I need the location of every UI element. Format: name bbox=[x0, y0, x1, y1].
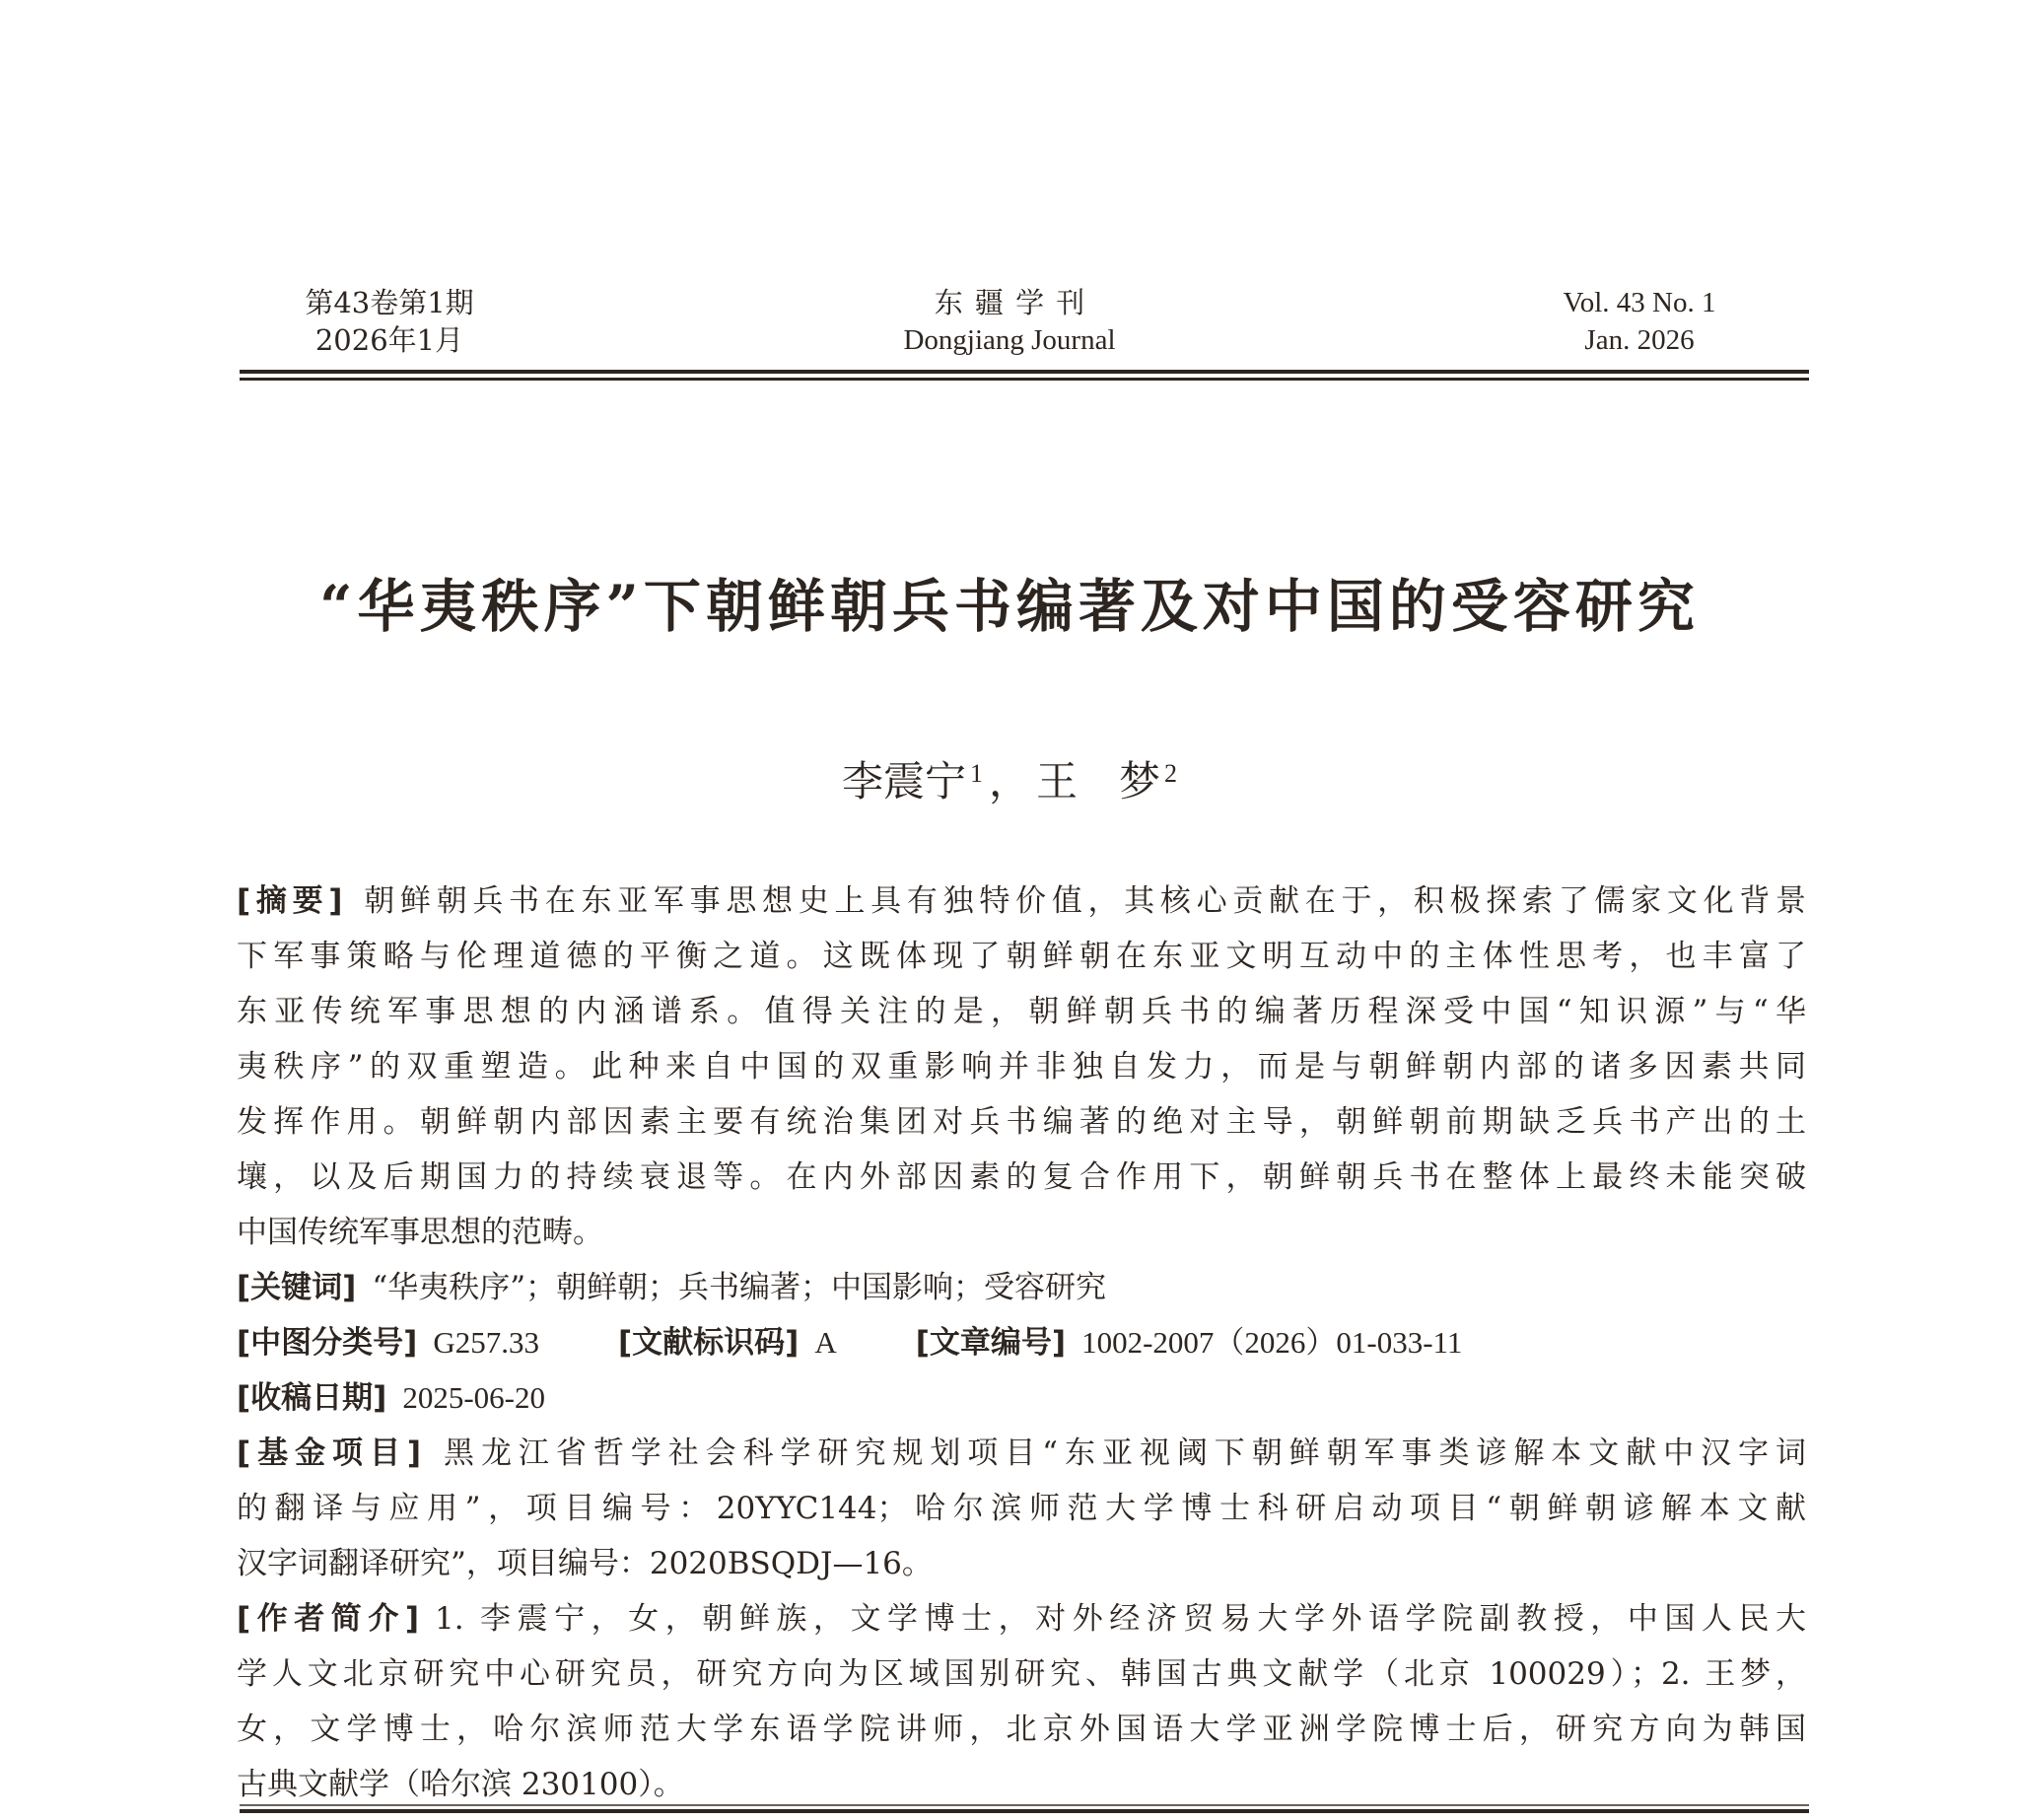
footer-double-rule bbox=[240, 1804, 1809, 1813]
header-journal-name-block: 东疆学刊 Dongjiang Journal bbox=[714, 284, 1305, 359]
journal-page: 第43卷第1期 2026年1月 东疆学刊 Dongjiang Journal V… bbox=[0, 0, 2019, 1820]
author-line: 李震宁1，王 梦2 bbox=[0, 749, 2019, 808]
journal-name-cn: 东疆学刊 bbox=[714, 284, 1317, 321]
abstract-label: [摘要] bbox=[237, 883, 342, 919]
author-bio-label: [作者简介] bbox=[237, 1601, 419, 1637]
author-separator: ， bbox=[989, 757, 1030, 805]
keywords-line: [关键词]“华夷秩序”；朝鲜朝；兵书编著；中国影响；受容研究 bbox=[237, 1260, 1806, 1315]
issue-number-cn: 第43卷第1期 bbox=[237, 284, 542, 321]
clc-label: [中图分类号] bbox=[237, 1325, 417, 1361]
classification-line: [中图分类号]G257.33[文献标识码]A[文章编号]1002-2007（20… bbox=[237, 1315, 1806, 1370]
keywords-label: [关键词] bbox=[237, 1270, 356, 1305]
front-matter: [摘要]朝鲜朝兵书在东亚军事思想史上具有独特价值，其核心贡献在于，积极探索了儒家… bbox=[237, 874, 1806, 1812]
fund-text: 黑龙江省哲学社会科学研究规划项目“东亚视阈下朝鲜朝军事类谚解本文献中汉字词 bbox=[437, 1435, 1806, 1471]
keywords-text: “华夷秩序”；朝鲜朝；兵书编著；中国影响；受容研究 bbox=[372, 1270, 1106, 1305]
issue-number-en: Vol. 43 No. 1 bbox=[1487, 284, 1792, 321]
received-date-line: [收稿日期]2025-06-20 bbox=[237, 1370, 1806, 1426]
abstract-line: 东亚传统军事思想的内涵谱系。值得关注的是，朝鲜朝兵书的编著历程深受中国“知识源”… bbox=[237, 984, 1806, 1039]
author-bio-text: 1. 李震宁，女，朝鲜族，文学博士，对外经济贸易大学外语学院副教授，中国人民大 bbox=[435, 1601, 1806, 1637]
author-2-name: 王 梦 bbox=[1036, 757, 1160, 805]
author-1-name: 李震宁 bbox=[842, 757, 966, 805]
author-2-superscript: 2 bbox=[1164, 759, 1177, 788]
issue-date-cn: 2026年1月 bbox=[237, 321, 542, 359]
abstract-text: 朝鲜朝兵书在东亚军事思想史上具有独特价值，其核心贡献在于，积极探索了儒家文化背景 bbox=[358, 883, 1806, 919]
journal-name-en: Dongjiang Journal bbox=[714, 321, 1305, 359]
doc-code-label: [文献标识码] bbox=[618, 1325, 799, 1361]
header-issue-block: 第43卷第1期 2026年1月 bbox=[237, 284, 542, 359]
fund-line: 汉字词翻译研究”，项目编号：2020BSQDJ—16。 bbox=[237, 1536, 1806, 1591]
author-1-superscript: 1 bbox=[970, 759, 983, 788]
article-id-value: 1002-2007（2026）01-033-11 bbox=[1081, 1325, 1462, 1360]
abstract-line: [摘要]朝鲜朝兵书在东亚军事思想史上具有独特价值，其核心贡献在于，积极探索了儒家… bbox=[237, 874, 1806, 929]
issue-date-en: Jan. 2026 bbox=[1487, 321, 1792, 359]
abstract-line: 发挥作用。朝鲜朝内部因素主要有统治集团对兵书编著的绝对主导，朝鲜朝前期缺乏兵书产… bbox=[237, 1094, 1806, 1150]
article-id-label: [文章编号] bbox=[916, 1325, 1066, 1361]
fund-line: [基金项目]黑龙江省哲学社会科学研究规划项目“东亚视阈下朝鲜朝军事类谚解本文献中… bbox=[237, 1426, 1806, 1481]
article-title: “华夷秩序”下朝鲜朝兵书编著及对中国的受容研究 bbox=[0, 560, 2019, 643]
clc-value: G257.33 bbox=[433, 1325, 539, 1360]
abstract-line: 夷秩序”的双重塑造。此种来自中国的双重影响并非独自发力，而是与朝鲜朝内部的诸多因… bbox=[237, 1039, 1806, 1094]
received-label: [收稿日期] bbox=[237, 1380, 386, 1416]
author-bio-line: 学人文北京研究中心研究员，研究方向为区域国别研究、韩国古典文献学（北京 1000… bbox=[237, 1646, 1806, 1702]
abstract-line: 壤，以及后期国力的持续衰退等。在内外部因素的复合作用下，朝鲜朝兵书在整体上最终未… bbox=[237, 1150, 1806, 1205]
author-bio-line: 女，文学博士，哈尔滨师范大学东语学院讲师，北京外国语大学亚洲学院博士后，研究方向… bbox=[237, 1702, 1806, 1757]
doc-code-value: A bbox=[814, 1325, 836, 1360]
abstract-line: 下军事策略与伦理道德的平衡之道。这既体现了朝鲜朝在东亚文明互动中的主体性思考，也… bbox=[237, 929, 1806, 984]
author-bio-line: [作者简介]1. 李震宁，女，朝鲜族，文学博士，对外经济贸易大学外语学院副教授，… bbox=[237, 1591, 1806, 1646]
fund-label: [基金项目] bbox=[237, 1435, 421, 1471]
abstract-line: 中国传统军事思想的范畴。 bbox=[237, 1205, 1806, 1260]
header-volume-block: Vol. 43 No. 1 Jan. 2026 bbox=[1487, 284, 1792, 359]
header-double-rule bbox=[240, 370, 1809, 381]
fund-line: 的翻译与应用”，项目编号：20YYC144；哈尔滨师范大学博士科研启动项目“朝鲜… bbox=[237, 1481, 1806, 1536]
received-value: 2025-06-20 bbox=[402, 1380, 545, 1415]
